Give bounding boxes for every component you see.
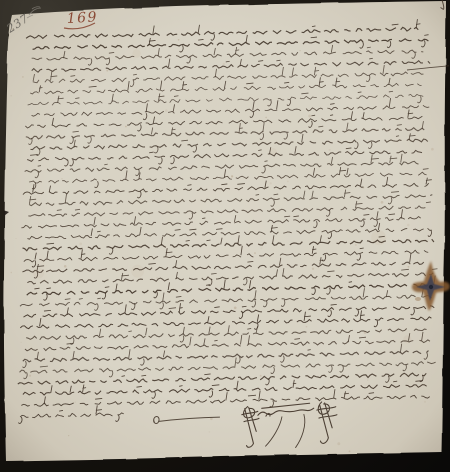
foxing-dot [381,201,384,204]
manuscript-photo: 237 169 [0,0,450,472]
foxing-dot [21,342,22,343]
foxing-dot [254,252,256,254]
foxing-dot [299,50,300,51]
foxing-dot [64,265,67,268]
foxing-dot [165,109,168,112]
foxing-dot [355,244,357,246]
stain-smudge [415,297,421,301]
foxing-blotch [403,335,411,343]
foxing-dot [75,402,76,403]
foxing-dot [265,117,266,118]
foxing-dot [308,115,311,118]
foxing-dot [125,126,127,128]
foxing-dot [22,76,24,78]
foxing-dot [234,306,237,309]
foxing-dot [106,70,108,72]
foxing-dot [431,148,434,151]
foxing-dot [287,180,289,182]
foxing-dot [209,431,211,433]
stain-core-dot [429,285,433,289]
foxing-dot [79,243,82,246]
foxing-dot [178,360,179,361]
foxing-dot [408,9,409,10]
foxing-dot [223,63,225,65]
foxing-dot [50,112,51,113]
foxing-dot [68,435,69,436]
foxing-dot [312,268,314,270]
foxing-dot [329,149,331,151]
foxing-dot [61,178,63,180]
foxing-dot [143,191,144,192]
foxing-dot [10,95,12,97]
foxing-dot [245,121,246,122]
foxing-dot [424,401,426,403]
foxing-dot [231,175,233,177]
manuscript-scan: 237 169 [0,0,450,472]
foxing-dot [29,375,31,377]
foxing-blotch [33,268,44,279]
foxing-dot [367,380,368,381]
foxing-dot [16,238,17,239]
foxing-dot [260,375,262,377]
foxing-dot [78,124,79,125]
foxing-dot [178,39,180,41]
foxing-dot [306,326,308,328]
foxing-dot [260,247,262,249]
foxing-dot [270,182,272,184]
foxing-dot [407,224,410,227]
foxing-dot [349,450,351,452]
foxing-dot [408,266,410,268]
foxing-dot [231,366,232,367]
foxing-dot [337,442,340,445]
foxing-dot [46,265,47,266]
foxing-blotch [131,265,144,278]
foxing-dot [11,272,13,274]
